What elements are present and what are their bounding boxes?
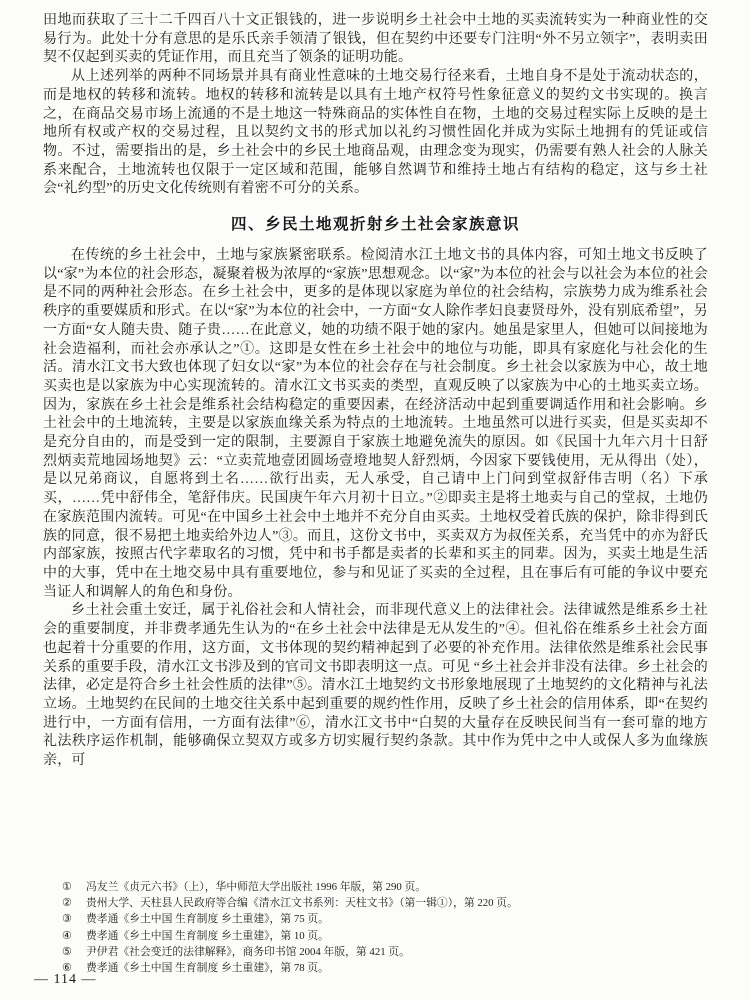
footnote-marker: ② [62,895,86,911]
paragraph-land-transaction: 从上述列举的两种不同场景并具有商业性意味的土地交易行径来看，土地自身不是处于流动… [43,68,708,199]
footnote-text: 贵州大学、天柱县人民政府等合编《清水江文书系列：天柱文书》（第一辑①），第 22… [86,895,708,911]
footnote-3: ③ 费孝通《乡土中国 生育制度 乡土重建》，第 75 页。 [62,911,708,927]
footnote-text: 冯友兰《贞元六书》（上），华中师范大学出版社 1996 年版，第 290 页。 [86,879,708,895]
paragraph-family-society: 在传统的乡土社会中，土地与家族紧密联系。检阅清水江土地文书的具体内容，可知土地文… [43,247,708,602]
footnote-marker: ③ [62,911,86,927]
footnote-text: 费孝通《乡土中国 生育制度 乡土重建》，第 75 页。 [86,911,708,927]
section-heading: 四、乡民土地观折射乡土社会家族意识 [43,212,708,234]
footnote-text: 费孝通《乡土中国 生育制度 乡土重建》，第 78 页。 [86,960,708,976]
footnote-6: ⑥ 费孝通《乡土中国 生育制度 乡土重建》，第 78 页。 [62,960,708,976]
paragraph-continuation: 田地而获取了三十二千四百八十文正银钱的，进一步说明乡土社会中土地的买卖流转实为一… [43,12,708,68]
footnote-1: ① 冯友兰《贞元六书》（上），华中师范大学出版社 1996 年版，第 290 页… [62,879,708,895]
footnote-marker: ④ [62,928,86,944]
footnote-4: ④ 费孝通《乡土中国 生育制度 乡土重建》，第 10 页。 [62,928,708,944]
paragraph-law-and-custom: 乡土社会重土安迁，属于礼俗社会和人情社会，而非现代意义上的法律社会。法律诚然是维… [43,602,708,770]
footnote-5: ⑤ 尹伊君《社会变迁的法律解释》，商务印书馆 2004 年版，第 421 页。 [62,944,708,960]
document-page: 田地而获取了三十二千四百八十文正银钱的，进一步说明乡土社会中土地的买卖流转实为一… [0,0,750,1000]
footnote-text: 费孝通《乡土中国 生育制度 乡土重建》，第 10 页。 [86,928,708,944]
footnote-2: ② 贵州大学、天柱县人民政府等合编《清水江文书系列：天柱文书》（第一辑①），第 … [62,895,708,911]
page-number: — 114 — [34,972,96,988]
footnote-marker: ⑤ [62,944,86,960]
footnote-marker: ① [62,879,86,895]
body-text-column: 田地而获取了三十二千四百八十文正银钱的，进一步说明乡土社会中土地的买卖流转实为一… [43,12,708,771]
footnote-text: 尹伊君《社会变迁的法律解释》，商务印书馆 2004 年版，第 421 页。 [86,944,708,960]
footnotes-section: ① 冯友兰《贞元六书》（上），华中师范大学出版社 1996 年版，第 290 页… [62,879,708,976]
